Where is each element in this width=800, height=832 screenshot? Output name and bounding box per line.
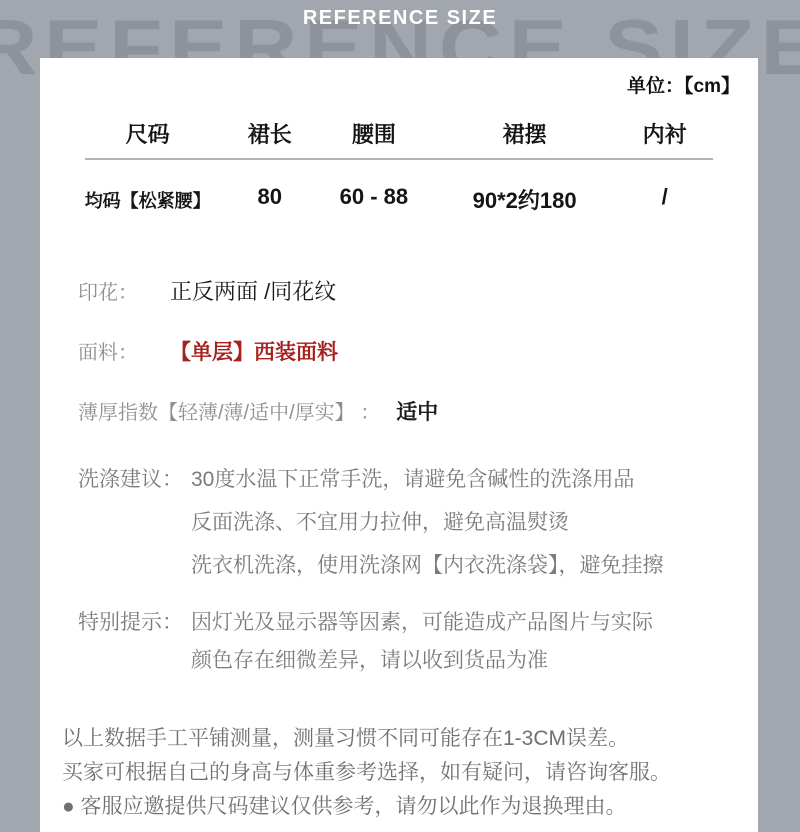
- thickness-value: 适中: [396, 401, 438, 424]
- thickness-label: 薄厚指数【轻薄/薄/适中/厚实】 ：: [78, 402, 380, 424]
- care-line: 反面洗涤、不宜用力拉伸，避免高温熨烫: [191, 501, 664, 544]
- table-header-waist: 腰围: [352, 118, 396, 149]
- notice-lines: 因灯光及显示器等因素，可能造成产品图片与实际 颜色存在细微差异，请以收到货品为准: [191, 604, 653, 680]
- notice-line: 因灯光及显示器等因素，可能造成产品图片与实际: [191, 604, 653, 642]
- notice-line: 颜色存在细微差异，请以收到货品为准: [191, 642, 653, 680]
- care-label: 洗涤建议：: [78, 458, 191, 587]
- disclaimer-line: ● 客服应邀提供尺码建议仅供参考，请勿以此作为退换理由。: [62, 790, 671, 824]
- table-header-length: 裙长: [248, 118, 292, 149]
- print-row: 印花：正反两面 /同花纹: [78, 278, 336, 306]
- table-cell-length: 80: [258, 184, 282, 210]
- special-notice: 特别提示： 因灯光及显示器等因素，可能造成产品图片与实际 颜色存在细微差异，请以…: [78, 604, 653, 680]
- table-cell-hem: 90*2约180: [473, 184, 577, 215]
- unit-label: 单位：【cm】: [627, 71, 740, 98]
- table-cell-lining: /: [662, 184, 668, 210]
- size-info-card: 单位：【cm】 尺码 裙长 腰围 裙摆 内衬 均码【松紧腰】 80 60 - 8…: [40, 58, 758, 832]
- notice-label: 特别提示：: [78, 604, 191, 680]
- fabric-value: 【单层】西装面料: [170, 341, 338, 364]
- print-label: 印花：: [78, 279, 170, 307]
- thickness-row: 薄厚指数【轻薄/薄/适中/厚实】 ：适中: [78, 399, 438, 427]
- table-cell-size: 均码【松紧腰】: [85, 187, 211, 213]
- disclaimer-line: 买家可根据自己的身高与体重参考选择，如有疑问，请咨询客服。: [62, 756, 671, 790]
- care-line: 30度水温下正常手洗，请避免含碱性的洗涤用品: [191, 458, 664, 501]
- fabric-row: 面料：【单层】西装面料: [78, 339, 338, 367]
- care-line: 洗衣机洗涤，使用洗涤网【内衣洗涤袋】，避免挂擦: [191, 544, 664, 587]
- measurement-disclaimer: 以上数据手工平铺测量，测量习惯不同可能存在1-3CM误差。 买家可根据自己的身高…: [62, 722, 671, 824]
- table-header-lining: 内衬: [643, 118, 687, 149]
- page-title: REFERENCE SIZE: [0, 7, 800, 30]
- disclaimer-line: 以上数据手工平铺测量，测量习惯不同可能存在1-3CM误差。: [62, 722, 671, 756]
- table-header-size: 尺码: [126, 118, 170, 149]
- care-lines: 30度水温下正常手洗，请避免含碱性的洗涤用品 反面洗涤、不宜用力拉伸，避免高温熨…: [191, 458, 664, 587]
- fabric-label: 面料：: [78, 339, 170, 367]
- table-header-hem: 裙摆: [503, 118, 547, 149]
- table-cell-waist: 60 - 88: [340, 184, 409, 210]
- print-value: 正反两面 /同花纹: [170, 279, 336, 304]
- care-instructions: 洗涤建议： 30度水温下正常手洗，请避免含碱性的洗涤用品 反面洗涤、不宜用力拉伸…: [78, 458, 664, 587]
- table-divider: [85, 158, 713, 160]
